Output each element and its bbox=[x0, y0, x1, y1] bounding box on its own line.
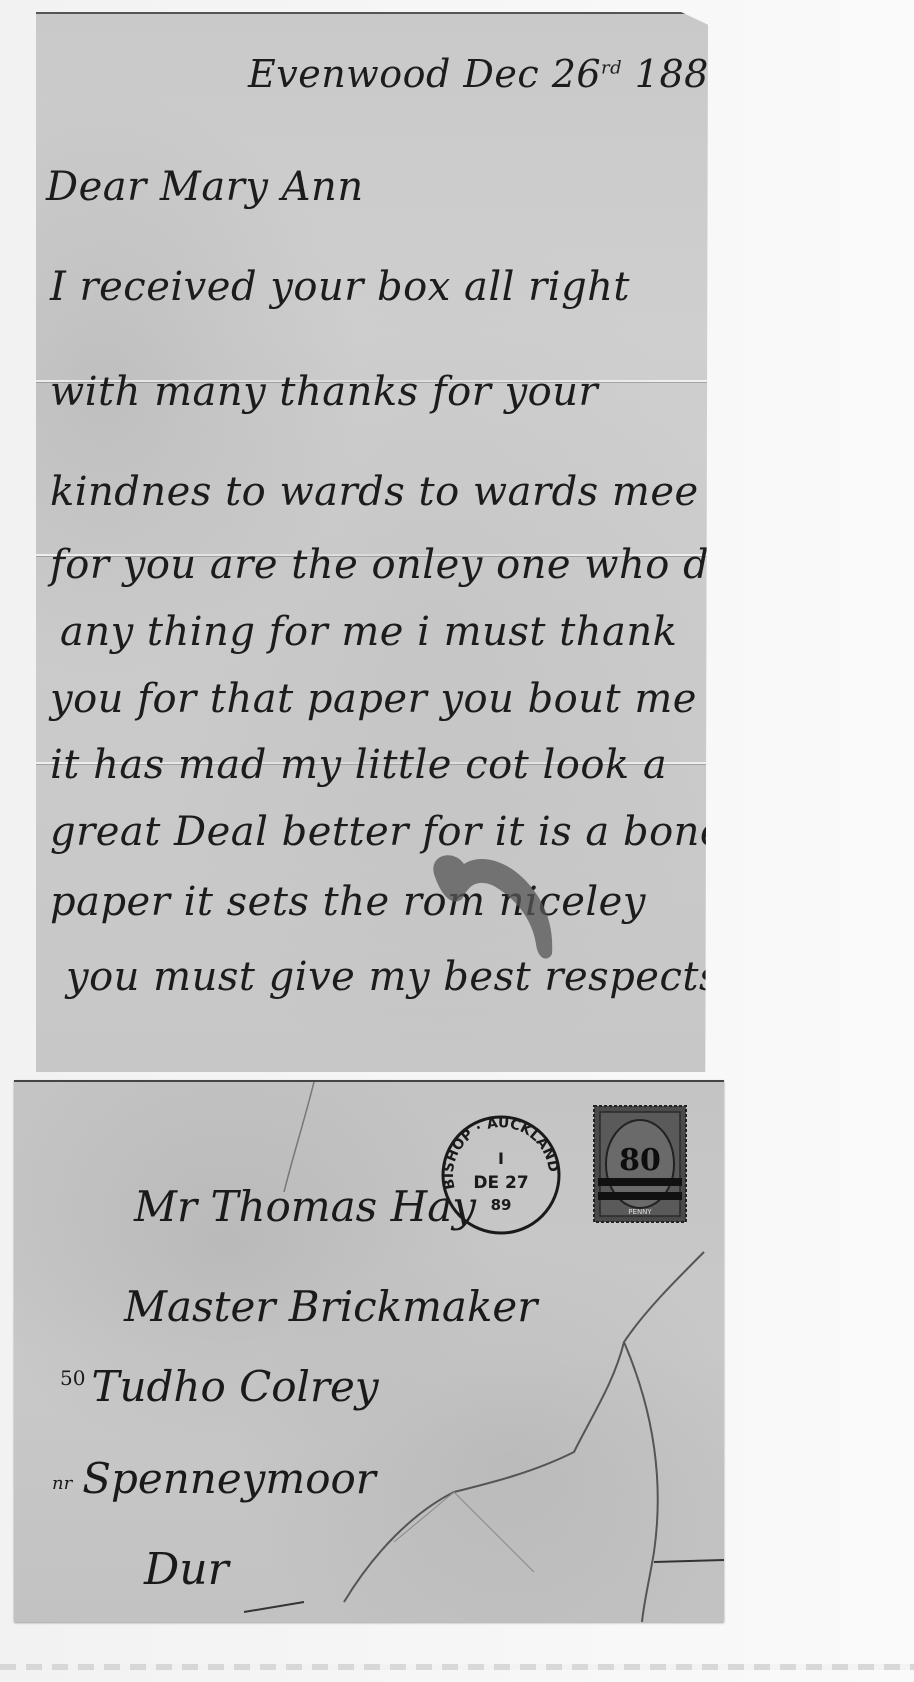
letter-line: any thing for me i must thank bbox=[60, 609, 677, 655]
address-street: 50Tudho Colrey bbox=[60, 1362, 379, 1411]
addressee-prefix: Mr bbox=[134, 1182, 197, 1231]
scanner-edge bbox=[0, 1664, 914, 1670]
letter-line: I received your box all right bbox=[50, 264, 630, 310]
street-number: 50 bbox=[60, 1366, 85, 1390]
letter-line: with many thanks for your bbox=[50, 369, 598, 415]
letter-sheet: Evenwood Dec 26rd 1889 Dear Mary Ann I r… bbox=[36, 12, 708, 1072]
envelope: BISHOP · AUCKLAND I DE 27 89 80 PENNY Mr… bbox=[14, 1080, 724, 1622]
letter-line: kindnes to wards to wards mee bbox=[50, 469, 699, 515]
letter-line: you must give my best respects bbox=[66, 954, 720, 1000]
addressee-name: Mr Thomas Hay bbox=[134, 1182, 476, 1231]
letter-line: for you are the onley one who does bbox=[50, 542, 779, 588]
postage-stamp: 80 PENNY bbox=[592, 1104, 688, 1224]
address-town: nrSpenneymoor bbox=[52, 1454, 376, 1503]
letter-line: you for that paper you bout me bbox=[50, 676, 697, 722]
near-prefix: nr bbox=[52, 1473, 72, 1494]
stamp-cancel-number: 80 bbox=[619, 1143, 661, 1178]
addressee-occupation: Master Brickmaker bbox=[124, 1282, 537, 1331]
letter-salutation: Dear Mary Ann bbox=[46, 164, 364, 210]
postmark-code: I bbox=[498, 1149, 504, 1168]
letter-dateline: Evenwood Dec 26rd 1889 bbox=[248, 52, 734, 96]
postmark-year: 89 bbox=[491, 1196, 512, 1214]
letter-line: it has mad my little cot look a bbox=[50, 742, 667, 788]
stamp-value: PENNY bbox=[628, 1208, 652, 1216]
dateline-suffix: rd bbox=[601, 57, 622, 78]
address-county: Dur bbox=[144, 1544, 229, 1595]
dateline-place: Evenwood bbox=[248, 52, 451, 96]
postmark-date: DE 27 bbox=[473, 1173, 528, 1193]
letter-line: great Deal better for it is a boney bbox=[50, 809, 747, 855]
ink-stain bbox=[424, 844, 564, 964]
dateline-date: Dec 26 bbox=[463, 52, 601, 96]
